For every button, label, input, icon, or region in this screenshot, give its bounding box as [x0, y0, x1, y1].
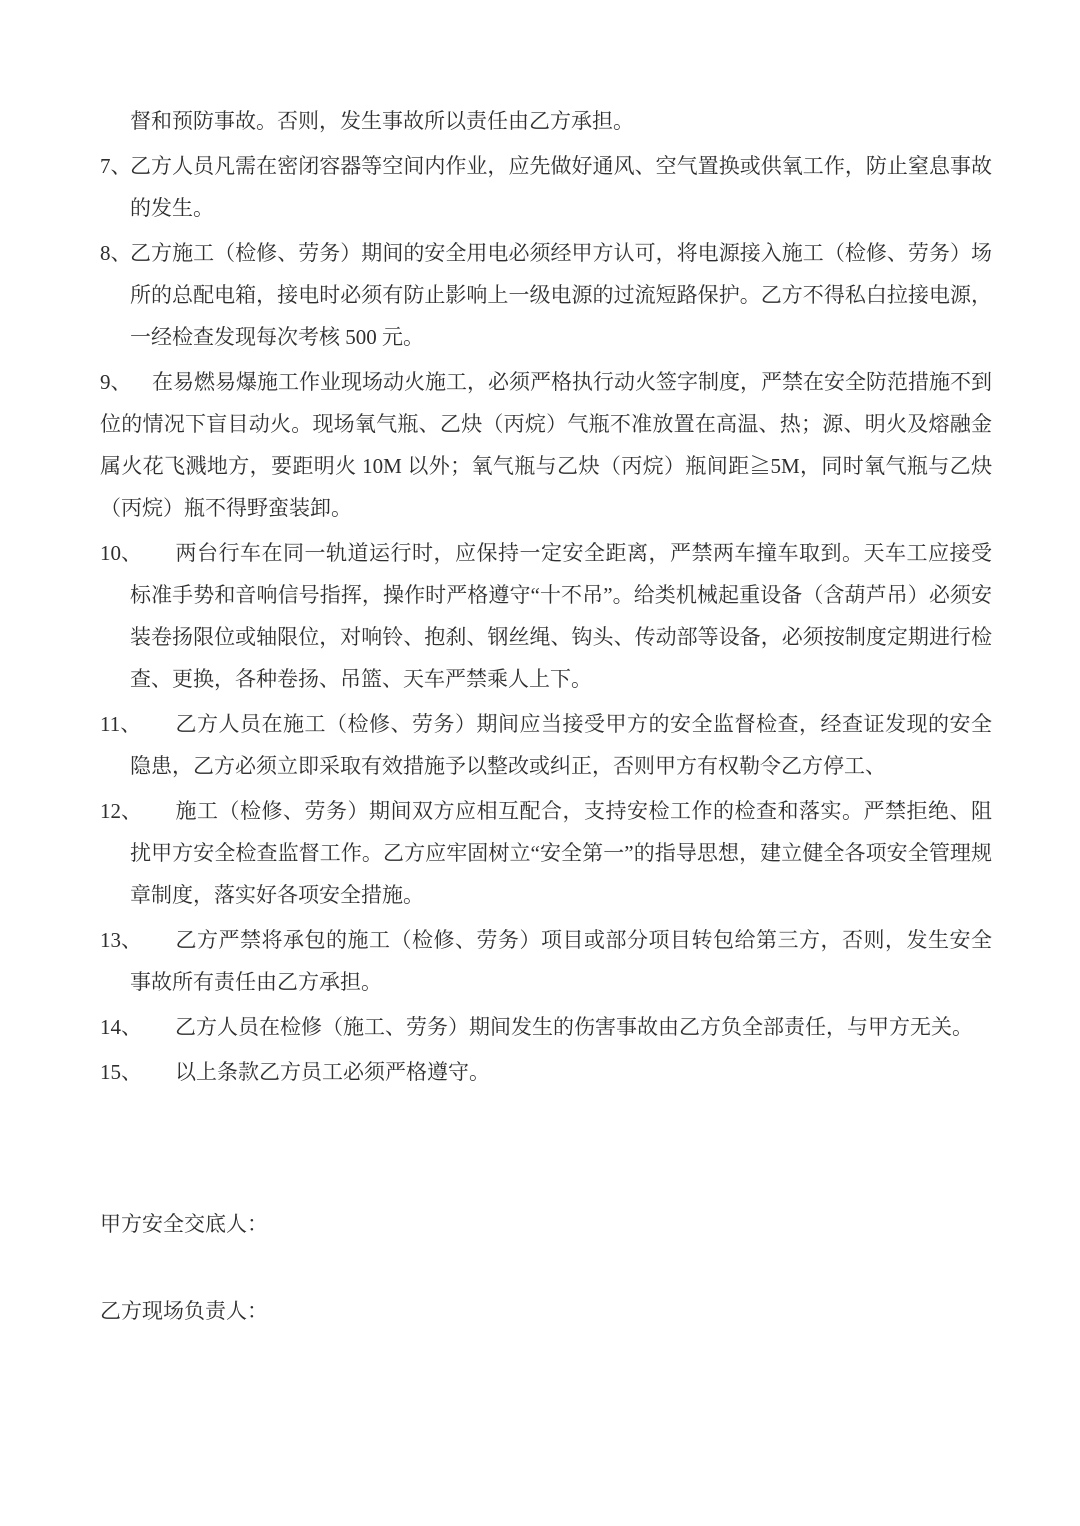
- clause-number: 7、: [100, 145, 130, 187]
- signature-party-b-label: 乙方现场负责人：: [100, 1290, 992, 1332]
- signature-party-a-label: 甲方安全交底人：: [100, 1203, 992, 1245]
- clause-9: 9、在易燃易爆施工作业现场动火施工，必须严格执行动火签字制度，严禁在安全防范措施…: [100, 361, 992, 529]
- clause-text: 乙方人员在检修（施工、劳务）期间发生的伤害事故由乙方负全部责任，与甲方无关。: [175, 1015, 973, 1039]
- clause-text: 督和预防事故。否则，发生事故所以责任由乙方承担。: [130, 109, 634, 133]
- clause-text: 乙方严禁将承包的施工（检修、劳务）项目或部分项目转包给第三方，否则，发生安全事故…: [130, 928, 992, 994]
- clause-continuation: 督和预防事故。否则，发生事故所以责任由乙方承担。: [100, 100, 992, 142]
- clause-text: 乙方施工（检修、劳务）期间的安全用电必须经甲方认可，将电源接入施工（检修、劳务）…: [130, 241, 992, 349]
- clause-14: 14、乙方人员在检修（施工、劳务）期间发生的伤害事故由乙方负全部责任，与甲方无关…: [100, 1006, 992, 1048]
- clause-text: 以上条款乙方员工必须严格遵守。: [175, 1060, 490, 1084]
- clause-text: 施工（检修、劳务）期间双方应相互配合，支持安检工作的检查和落实。严禁拒绝、阻扰甲…: [130, 799, 992, 907]
- clause-number: 11、: [100, 703, 175, 745]
- clause-number: 8、: [100, 232, 130, 274]
- document-page: 督和预防事故。否则，发生事故所以责任由乙方承担。 7、乙方人员凡需在密闭容器等空…: [0, 0, 1080, 1526]
- clause-number: 14、: [100, 1006, 175, 1048]
- clause-text: 在易燃易爆施工作业现场动火施工，必须严格执行动火签字制度，严禁在安全防范措施不到…: [100, 370, 992, 520]
- clause-10: 10、两台行车在同一轨道运行时，应保持一定安全距离，严禁两车撞车取到。天车工应接…: [100, 532, 992, 700]
- clause-13: 13、乙方严禁将承包的施工（检修、劳务）项目或部分项目转包给第三方，否则，发生安…: [100, 919, 992, 1003]
- clause-number: 13、: [100, 919, 175, 961]
- clause-7: 7、乙方人员凡需在密闭容器等空间内作业，应先做好通风、空气置换或供氧工作，防止窒…: [100, 145, 992, 229]
- clause-number: 12、: [100, 790, 175, 832]
- clause-8: 8、乙方施工（检修、劳务）期间的安全用电必须经甲方认可，将电源接入施工（检修、劳…: [100, 232, 992, 358]
- clause-text: 乙方人员在施工（检修、劳务）期间应当接受甲方的安全监督检查，经查证发现的安全隐患…: [130, 712, 992, 778]
- clause-number: 9、: [100, 361, 152, 403]
- clause-11: 11、乙方人员在施工（检修、劳务）期间应当接受甲方的安全监督检查，经查证发现的安…: [100, 703, 992, 787]
- clause-text: 乙方人员凡需在密闭容器等空间内作业，应先做好通风、空气置换或供氧工作，防止窒息事…: [130, 154, 992, 220]
- clause-text: 两台行车在同一轨道运行时，应保持一定安全距离，严禁两车撞车取到。天车工应接受标准…: [130, 541, 992, 691]
- clause-number: 15、: [100, 1051, 175, 1093]
- clause-12: 12、施工（检修、劳务）期间双方应相互配合，支持安检工作的检查和落实。严禁拒绝、…: [100, 790, 992, 916]
- clause-15: 15、以上条款乙方员工必须严格遵守。: [100, 1051, 992, 1093]
- clause-number: 10、: [100, 532, 175, 574]
